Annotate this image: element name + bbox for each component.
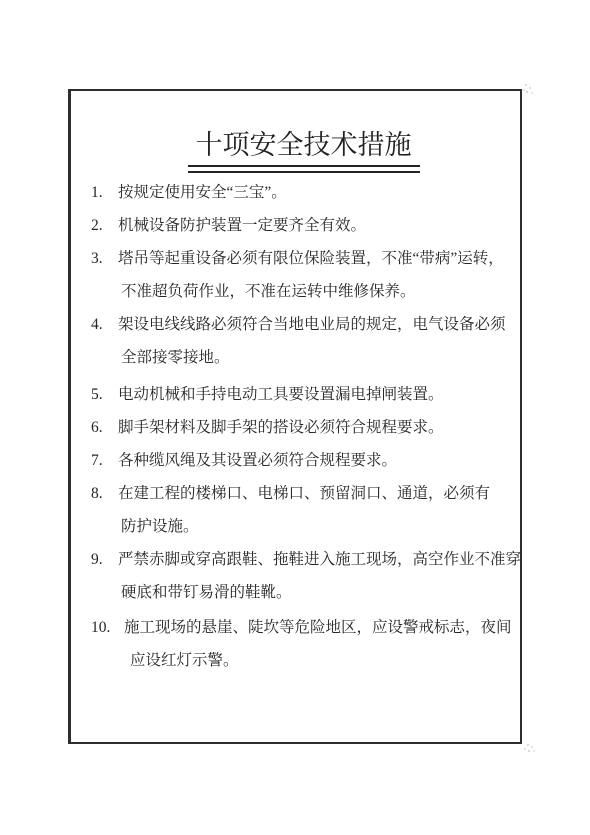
list-item: 5.电动机械和手持电动工具要设置漏电掉闸装置。	[71, 378, 520, 411]
item-text: 应设红灯示警。	[130, 652, 239, 669]
list-item-line: 5.电动机械和手持电动工具要设置漏电掉闸装置。	[71, 378, 520, 411]
item-text: 防护设施。	[121, 518, 199, 535]
item-text: 架设电线线路必须符合当地电业局的规定，电气设备必须	[118, 316, 506, 333]
measures-list: 1.按规定使用安全“三宝”。 2.机械设备防护装置一定要齐全有效。 3.塔吊等起…	[71, 176, 520, 677]
item-text: 全部接零接地。	[121, 349, 230, 366]
list-item-line: 应设红灯示警。	[71, 644, 520, 677]
document-title-block: 十项安全技术措施	[79, 131, 528, 173]
item-text: 施工现场的悬崖、陡坎等危险地区，应设警戒标志，夜间	[124, 619, 512, 636]
title-double-underline	[188, 165, 420, 173]
list-item-line: 不准超负荷作业，不准在运转中维修保养。	[71, 275, 520, 308]
list-item-line: 全部接零接地。	[71, 341, 520, 374]
item-number: 3.	[91, 242, 118, 275]
list-item: 10.施工现场的悬崖、陡坎等危险地区，应设警戒标志，夜间 应设红灯示警。	[71, 611, 520, 677]
item-number: 7.	[91, 444, 118, 477]
list-item: 1.按规定使用安全“三宝”。	[71, 176, 520, 209]
list-item: 3.塔吊等起重设备必须有限位保险装置，不准“带病”运转， 不准超负荷作业，不准在…	[71, 242, 520, 308]
list-item-line: 8.在建工程的楼梯口、电梯口、预留洞口、通道，必须有	[71, 477, 520, 510]
item-text: 电动机械和手持电动工具要设置漏电掉闸装置。	[118, 386, 444, 403]
list-item-line: 7.各种缆风绳及其设置必须符合规程要求。	[71, 444, 520, 477]
item-text: 硬底和带钉易滑的鞋靴。	[121, 584, 292, 601]
page-title: 十项安全技术措施	[196, 131, 412, 160]
item-number: 5.	[91, 378, 118, 411]
item-number: 2.	[91, 209, 118, 242]
scan-artifact	[525, 84, 527, 86]
list-item-line: 9.严禁赤脚或穿高跟鞋、拖鞋进入施工现场，高空作业不准穿	[71, 543, 520, 576]
item-text: 机械设备防护装置一定要齐全有效。	[118, 217, 366, 234]
item-text: 脚手架材料及脚手架的搭设必须符合规程要求。	[118, 419, 444, 436]
list-item-line: 4.架设电线线路必须符合当地电业局的规定，电气设备必须	[71, 308, 520, 341]
item-number: 6.	[91, 411, 118, 444]
item-text: 在建工程的楼梯口、电梯口、预留洞口、通道，必须有	[118, 485, 490, 502]
list-item: 4.架设电线线路必须符合当地电业局的规定，电气设备必须 全部接零接地。	[71, 308, 520, 374]
list-item-line: 1.按规定使用安全“三宝”。	[71, 176, 520, 209]
list-item-line: 6.脚手架材料及脚手架的搭设必须符合规程要求。	[71, 411, 520, 444]
item-text: 不准超负荷作业，不准在运转中维修保养。	[121, 283, 416, 300]
list-item: 8.在建工程的楼梯口、电梯口、预留洞口、通道，必须有 防护设施。	[71, 477, 520, 543]
item-number: 10.	[91, 611, 124, 644]
list-item: 2.机械设备防护装置一定要齐全有效。	[71, 209, 520, 242]
item-text: 塔吊等起重设备必须有限位保险装置，不准“带病”运转，	[118, 250, 504, 267]
list-item: 6.脚手架材料及脚手架的搭设必须符合规程要求。	[71, 411, 520, 444]
item-number: 9.	[91, 543, 118, 576]
document-page: 十项安全技术措施 1.按规定使用安全“三宝”。 2.机械设备防护装置一定要齐全有…	[68, 89, 522, 744]
list-item: 7.各种缆风绳及其设置必须符合规程要求。	[71, 444, 520, 477]
item-text: 各种缆风绳及其设置必须符合规程要求。	[118, 452, 397, 469]
scanned-document-canvas: 十项安全技术措施 1.按规定使用安全“三宝”。 2.机械设备防护装置一定要齐全有…	[0, 0, 590, 835]
item-number: 1.	[91, 176, 118, 209]
item-text: 按规定使用安全“三宝”。	[118, 184, 287, 201]
list-item-line: 10.施工现场的悬崖、陡坎等危险地区，应设警戒标志，夜间	[71, 611, 520, 644]
list-item-line: 硬底和带钉易滑的鞋靴。	[71, 576, 520, 609]
item-number: 8.	[91, 477, 118, 510]
list-item-line: 防护设施。	[71, 510, 520, 543]
item-text: 严禁赤脚或穿高跟鞋、拖鞋进入施工现场，高空作业不准穿	[118, 551, 521, 568]
list-item-line: 2.机械设备防护装置一定要齐全有效。	[71, 209, 520, 242]
item-number: 4.	[91, 308, 118, 341]
scan-artifact	[527, 744, 529, 746]
list-item-line: 3.塔吊等起重设备必须有限位保险装置，不准“带病”运转，	[71, 242, 520, 275]
list-item: 9.严禁赤脚或穿高跟鞋、拖鞋进入施工现场，高空作业不准穿 硬底和带钉易滑的鞋靴。	[71, 543, 520, 609]
